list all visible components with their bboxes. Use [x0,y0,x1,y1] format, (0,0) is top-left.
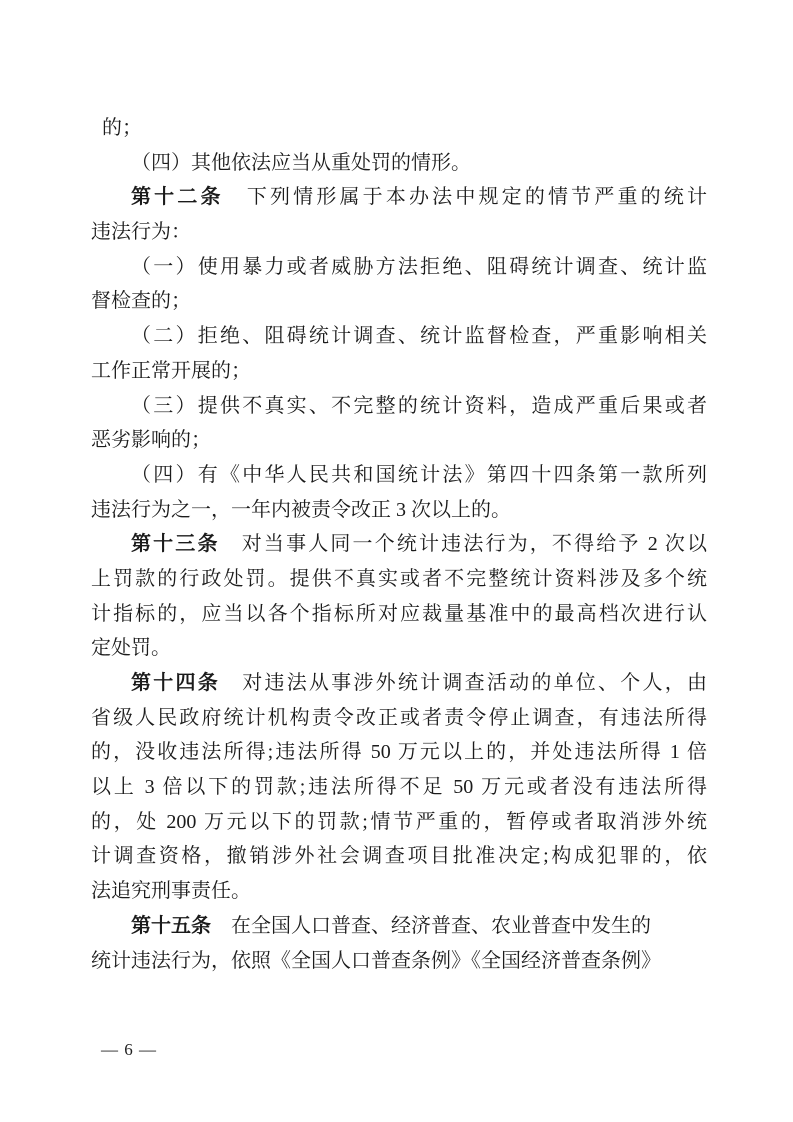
text-run: 督检查的； [91,290,191,312]
text-run: （四）其他依法应当从重处罚的情形。 [131,152,471,174]
text-line: 法追究刑事责任。 [91,874,707,909]
text-line: 计调查资格，撤销涉外社会调查项目批准决定;构成犯罪的，依 [91,839,707,874]
text-line: 上罚款的行政处罚。提供不真实或者不完整统计资料涉及多个统 [91,562,707,597]
text-run: 计指标的，应当以各个指标所对应裁量基准中的最高档次进行认 [91,603,707,625]
text-line: （四）有《中华人民共和国统计法》第四十四条第一款所列 [91,458,707,493]
text-line: （三）提供不真实、不完整的统计资料，造成严重后果或者 [91,389,707,424]
text-line: 定处罚。 [91,631,707,666]
text-run: （一）使用暴力或者威胁方法拒绝、阻碍统计调查、统计监 [131,256,707,278]
text-run: 的，没收违法所得;违法所得 50 万元以上的，并处违法所得 1 倍 [91,741,707,763]
article-number: 第十五条 [131,915,211,937]
text-run: 以上 3 倍以下的罚款;违法所得不足 50 万元或者没有违法所得 [91,776,707,798]
text-run: 定处罚。 [91,637,171,659]
text-line: 恶劣影响的； [91,423,707,458]
document-body: 的；（四）其他依法应当从重处罚的情形。第十二条 下列情形属于本办法中规定的情节严… [91,111,707,978]
text-run: 下列情形属于本办法中规定的情节严重的统计 [224,186,707,208]
text-run: 对当事人同一个统计违法行为，不得给予 2 次以 [220,533,707,555]
text-run: （四）有《中华人民共和国统计法》第四十四条第一款所列 [131,464,707,486]
text-run: 省级人民政府统计机构责令改正或者责令停止调查，有违法所得 [91,707,707,729]
text-run: 工作正常开展的； [91,360,251,382]
text-run: 的，处 200 万元以下的罚款;情节严重的，暂停或者取消涉外统 [91,811,707,833]
text-line: 以上 3 倍以下的罚款;违法所得不足 50 万元或者没有违法所得 [91,770,707,805]
page-number: — 6 — [101,1039,157,1061]
text-run: （三）提供不真实、不完整的统计资料，造成严重后果或者 [131,395,707,417]
text-line: 省级人民政府统计机构责令改正或者责令停止调查，有违法所得 [91,701,707,736]
text-run: 的； [102,117,142,139]
text-run: 计调查资格，撤销涉外社会调查项目批准决定;构成犯罪的，依 [91,845,707,867]
text-run: 上罚款的行政处罚。提供不真实或者不完整统计资料涉及多个统 [91,568,707,590]
text-run: 违法行为之一，一年内被责令改正 3 次以上的。 [91,499,511,521]
text-line: 第十四条 对违法从事涉外统计调查活动的单位、个人，由 [91,666,707,701]
text-line: 工作正常开展的； [91,354,707,389]
text-line: 第十五条 在全国人口普查、经济普查、农业普查中发生的 [91,909,707,944]
text-line: 统计违法行为，依照《全国人口普查条例》《全国经济普查条例》 [91,944,707,979]
article-number: 第十二条 [131,186,224,208]
text-line: 第十二条 下列情形属于本办法中规定的情节严重的统计 [91,180,707,215]
text-line: 违法行为： [91,215,707,250]
text-run: 对违法从事涉外统计调查活动的单位、个人，由 [220,672,707,694]
text-run: 违法行为： [91,221,191,243]
text-line: 第十三条 对当事人同一个统计违法行为，不得给予 2 次以 [91,527,707,562]
article-number: 第十三条 [131,533,220,555]
text-line: 的，处 200 万元以下的罚款;情节严重的，暂停或者取消涉外统 [91,805,707,840]
article-number: 第十四条 [131,672,220,694]
text-run: （二）拒绝、阻碍统计调查、统计监督检查，严重影响相关 [131,325,707,347]
text-run: 恶劣影响的； [91,429,211,451]
text-line: 督检查的； [91,284,707,319]
text-line: 计指标的，应当以各个指标所对应裁量基准中的最高档次进行认 [91,597,707,632]
text-run: 统计违法行为，依照《全国人口普查条例》《全国经济普查条例》 [91,950,661,972]
text-line: （一）使用暴力或者威胁方法拒绝、阻碍统计调查、统计监 [91,250,707,285]
text-line: 的，没收违法所得;违法所得 50 万元以上的，并处违法所得 1 倍 [91,735,707,770]
text-line: 违法行为之一，一年内被责令改正 3 次以上的。 [91,493,707,528]
text-run: 在全国人口普查、经济普查、农业普查中发生的 [211,915,651,937]
document-page: 的；（四）其他依法应当从重处罚的情形。第十二条 下列情形属于本办法中规定的情节严… [0,0,793,1122]
text-line: （二）拒绝、阻碍统计调查、统计监督检查，严重影响相关 [91,319,707,354]
text-line: 的； [91,111,707,146]
text-line: （四）其他依法应当从重处罚的情形。 [91,146,707,181]
text-run: 法追究刑事责任。 [91,880,251,902]
